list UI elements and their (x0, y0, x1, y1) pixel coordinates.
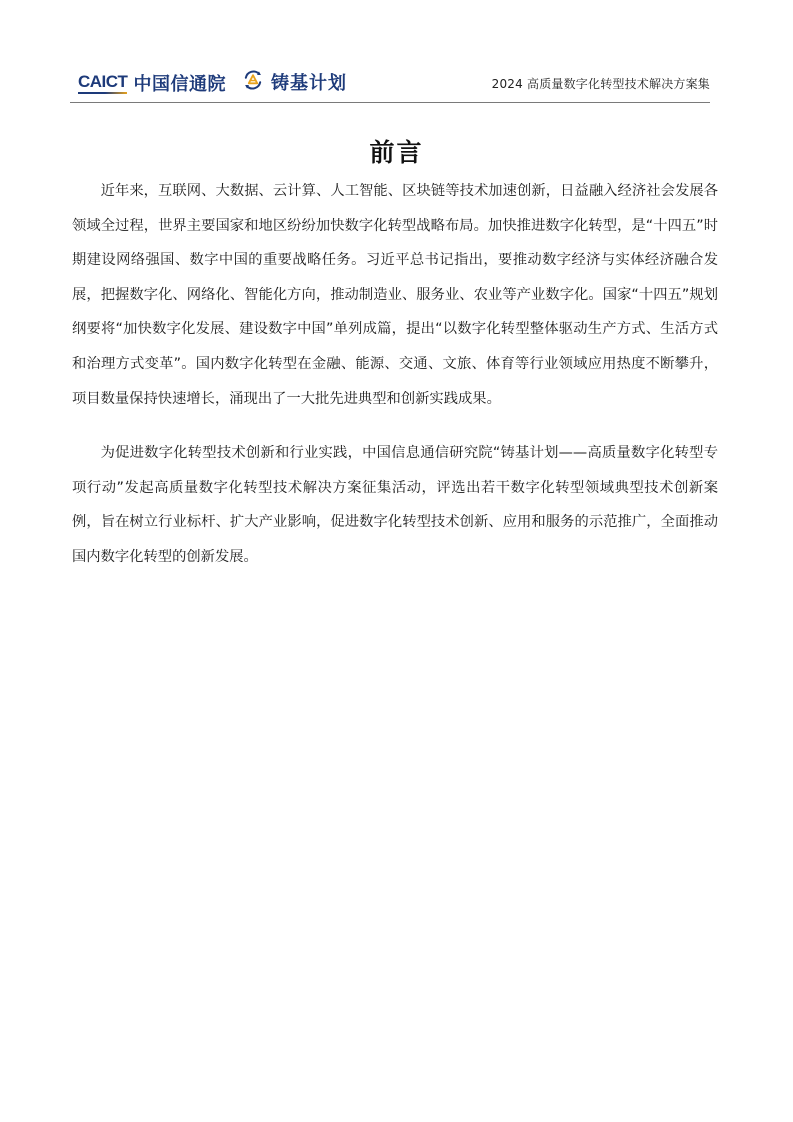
caict-logo: CAICT 中国信通院 (78, 70, 226, 96)
page-title: 前言 (0, 133, 793, 169)
zhuji-logo: 铸基计划 (242, 69, 347, 95)
zhuji-name-cn: 铸基计划 (271, 69, 347, 95)
zhuji-cycle-triangle-icon (242, 69, 264, 95)
caict-name-cn: 中国信通院 (133, 70, 226, 96)
caict-wordmark-text: CAICT (78, 72, 127, 91)
caict-wordmark: CAICT (78, 73, 127, 94)
document-series-title: 2024 高质量数字化转型技术解决方案集 (492, 75, 710, 92)
caict-underline (78, 92, 127, 94)
page-header: CAICT 中国信通院 铸基计划 2024 高质量数字化转型技术解决方案集 (70, 64, 710, 103)
preface-body: 近年来，互联网、大数据、云计算、人工智能、区块链等技术加速创新，日益融入经济社会… (72, 174, 718, 575)
paragraph-2: 为促进数字化转型技术创新和行业实践，中国信息通信研究院“铸基计划——高质量数字化… (72, 436, 718, 574)
paragraph-1: 近年来，互联网、大数据、云计算、人工智能、区块链等技术加速创新，日益融入经济社会… (72, 174, 718, 416)
